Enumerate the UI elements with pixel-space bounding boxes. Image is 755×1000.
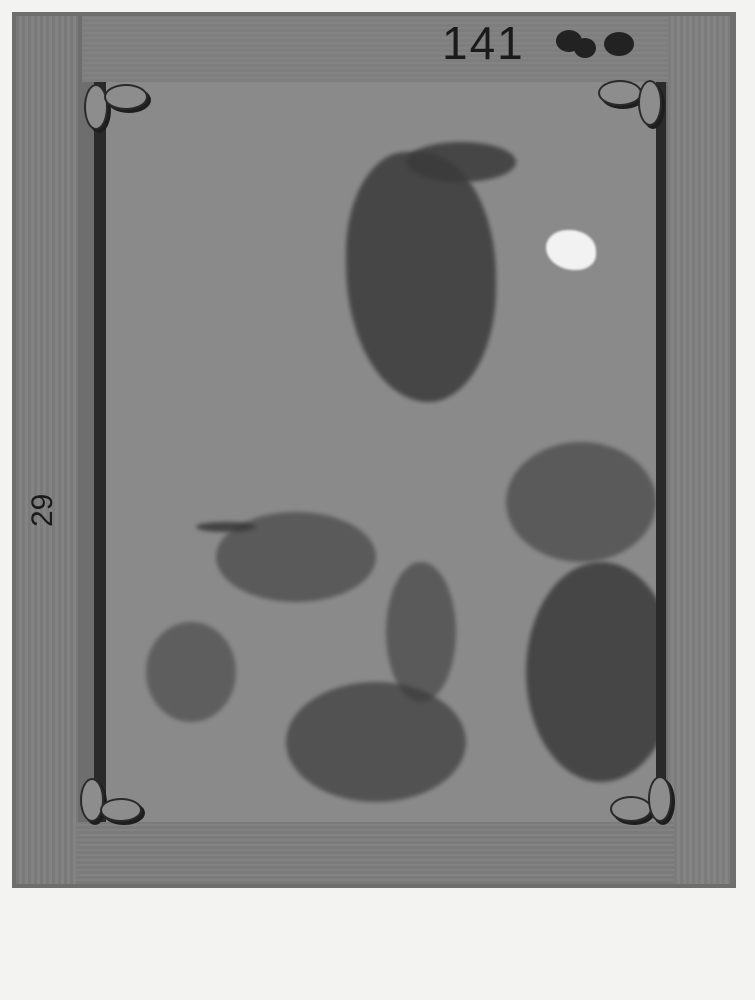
stretcher-right-bar [668, 16, 730, 884]
stretcher-bottom-bar [76, 822, 674, 884]
stamp-mark-icon [552, 24, 642, 64]
stain-streak [196, 522, 256, 532]
photograph: 141 29 [12, 12, 736, 888]
side-inscription: 29 [26, 494, 60, 527]
stain-center [386, 562, 456, 702]
corner-key [84, 84, 108, 130]
stain-lower-center [286, 682, 466, 802]
corner-key [638, 80, 662, 126]
corner-key [104, 84, 148, 110]
corner-key [598, 80, 642, 106]
stain-lower-left [146, 622, 236, 722]
stain-brow [406, 142, 516, 182]
corner-key [648, 776, 672, 822]
white-residue [546, 230, 596, 270]
corner-key [610, 796, 652, 822]
stain-lower-right [526, 562, 666, 782]
inventory-number: 141 [442, 16, 525, 70]
canvas-reverse [94, 82, 666, 822]
corner-key [100, 798, 142, 822]
stain-head [346, 152, 496, 402]
corner-key [80, 778, 104, 822]
stain-right-mid [506, 442, 656, 562]
stretcher-left-bar [16, 16, 78, 884]
